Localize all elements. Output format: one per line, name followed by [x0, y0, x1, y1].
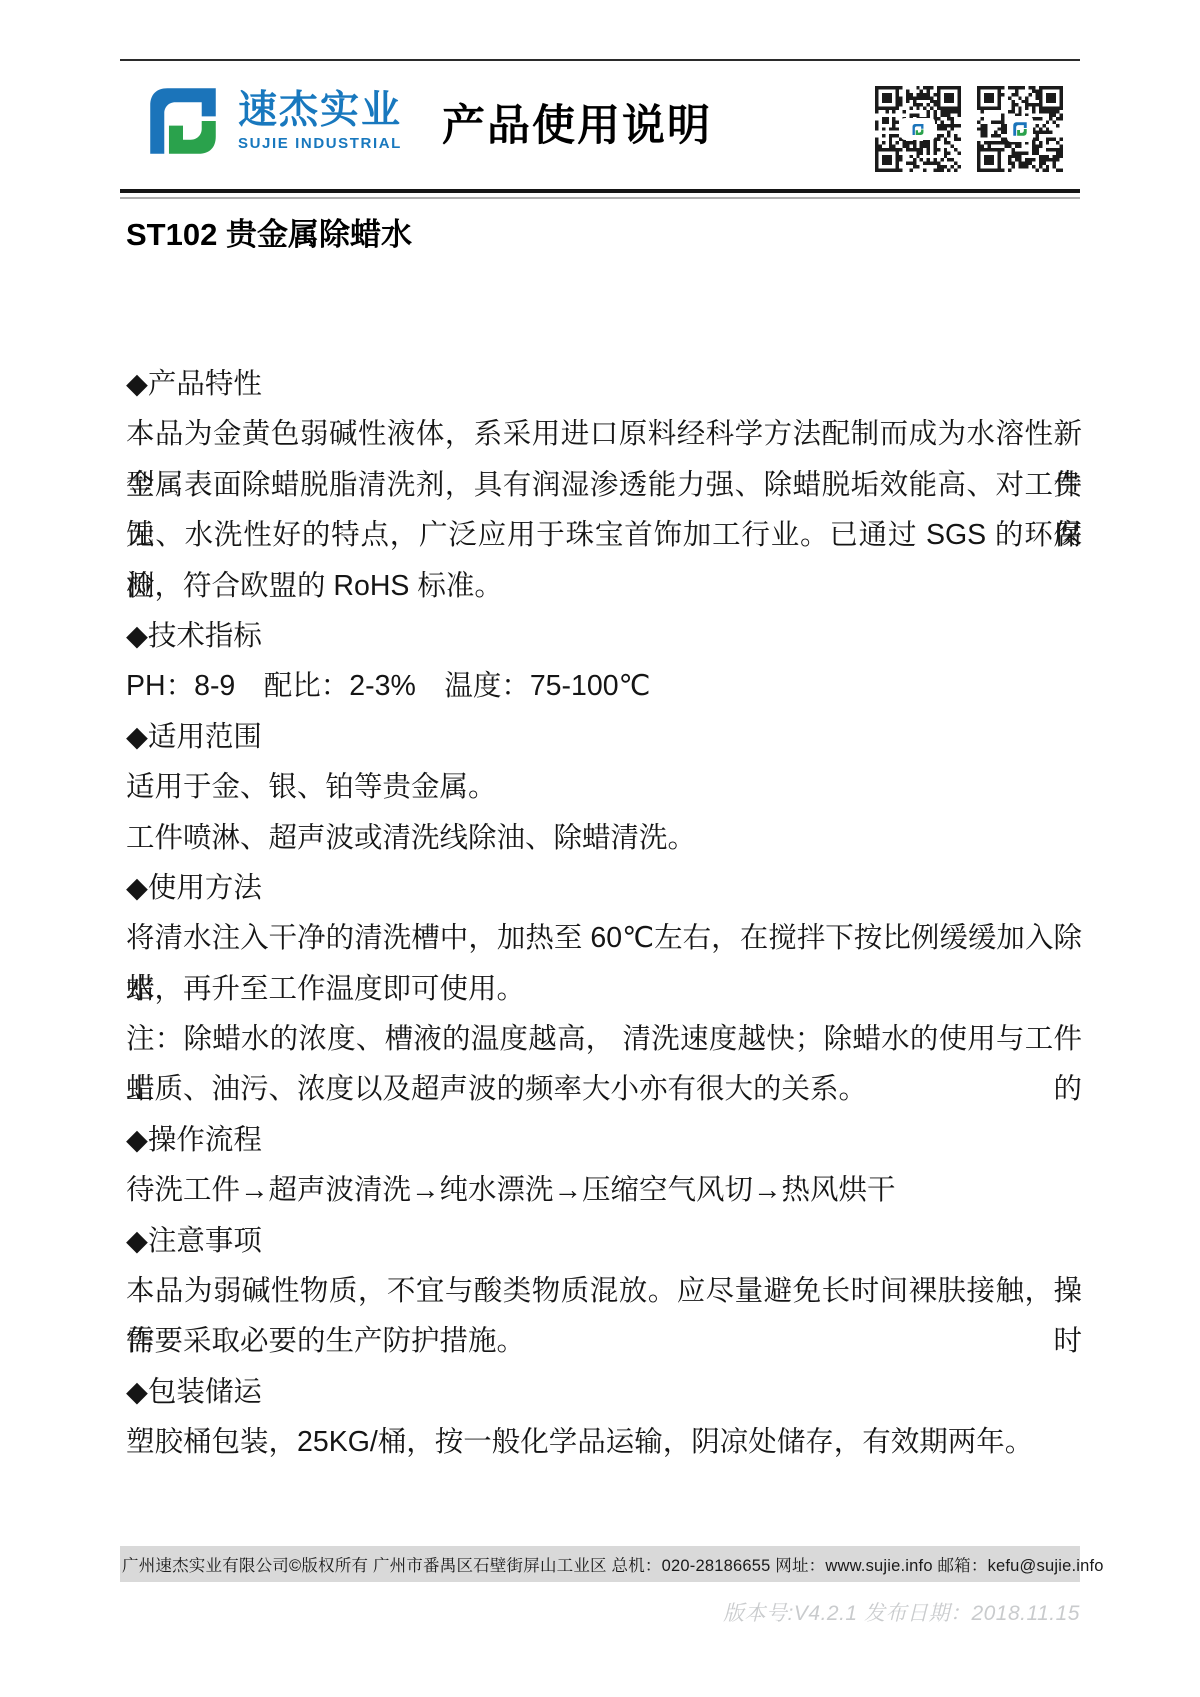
footer-version-line: 版本号:V4.2.1 发布日期：2018.11.15 — [723, 1597, 1080, 1627]
qr-code-1 — [875, 86, 961, 172]
logo-name-cn: 速杰实业 — [238, 90, 402, 133]
document-title: 产品使用说明 — [442, 92, 712, 153]
body-line: 注：除蜡水的浓度、槽液的温度越高， 清洗速度越快；除蜡水的使用与工件上的 — [126, 1014, 1082, 1064]
body-line: 工件喷淋、超声波或清洗线除油、除蜡清洗。 — [126, 813, 1082, 863]
header-divider-thin — [120, 197, 1080, 199]
logo-name-en: SUJIE INDUSTRIAL — [238, 135, 402, 152]
qr-badge-logo-icon — [911, 123, 925, 136]
product-title: ST102 贵金属除蜡水 — [126, 209, 412, 254]
body-line: 水，再升至工作温度即可使用。 — [126, 964, 1082, 1014]
body-line: 蚀、水洗性好的特点，广泛应用于珠宝首饰加工行业。已通过 SGS 的环保检 — [126, 510, 1082, 560]
footer-bar: 广州速杰实业有限公司©版权所有 广州市番禺区石壁街屏山工业区 总机：020-28… — [120, 1546, 1080, 1582]
qr-code-2-logo-badge — [1008, 117, 1032, 141]
company-logo: 速杰实业 SUJIE INDUSTRIAL — [140, 82, 402, 160]
qr-badge-logo-icon — [1011, 121, 1029, 137]
qr-code-2 — [977, 86, 1063, 172]
section-heading: ◆操作流程 — [126, 1115, 1082, 1165]
body-line: PH：8-9 配比：2-3% 温度：75-100℃ — [126, 661, 1082, 711]
body-line: 本品为金黄色弱碱性液体，系采用进口原料经科学方法配制而成为水溶性新型贵 — [126, 409, 1082, 459]
body-line: 金属表面除蜡脱脂清洗剂，具有润湿渗透能力强、除蜡脱垢效能高、对工件无腐 — [126, 460, 1082, 510]
document-page: 速杰实业 SUJIE INDUSTRIAL 产品使用说明 — [0, 0, 1200, 1697]
page-top-rule — [120, 59, 1080, 61]
sujie-logo-icon — [140, 82, 226, 160]
body-line: 适用于金、银、铂等贵金属。 — [126, 762, 1082, 812]
body-line: 待洗工件→超声波清洗→纯水漂洗→压缩空气风切→热风烘干 — [126, 1165, 1082, 1215]
header-divider-thick — [120, 189, 1080, 193]
section-heading: ◆技术指标 — [126, 611, 1082, 661]
section-heading: ◆适用范围 — [126, 712, 1082, 762]
section-heading: ◆注意事项 — [126, 1216, 1082, 1266]
body-line: 将清水注入干净的清洗槽中，加热至 60℃左右，在搅拌下按比例缓缓加入除蜡 — [126, 913, 1082, 963]
body-line: 塑胶桶包装，25KG/桶，按一般化学品运输，阴凉处储存，有效期两年。 — [126, 1417, 1082, 1467]
section-heading: ◆产品特性 — [126, 359, 1082, 409]
body-line: 测，符合欧盟的 RoHS 标准。 — [126, 561, 1082, 611]
section-heading: ◆包装储运 — [126, 1367, 1082, 1417]
logo-text: 速杰实业 SUJIE INDUSTRIAL — [238, 90, 402, 152]
document-body: ◆产品特性本品为金黄色弱碱性液体，系采用进口原料经科学方法配制而成为水溶性新型贵… — [126, 359, 1082, 1468]
qr-code-1-logo-badge — [902, 119, 934, 139]
section-heading: ◆使用方法 — [126, 863, 1082, 913]
body-line: 本品为弱碱性物质，不宜与酸类物质混放。应尽量避免长时间裸肤接触，操作时 — [126, 1266, 1082, 1316]
footer-company-line: 广州速杰实业有限公司©版权所有 广州市番禺区石壁街屏山工业区 总机：020-28… — [122, 1552, 1104, 1576]
page-header: 速杰实业 SUJIE INDUSTRIAL 产品使用说明 — [120, 74, 1080, 178]
